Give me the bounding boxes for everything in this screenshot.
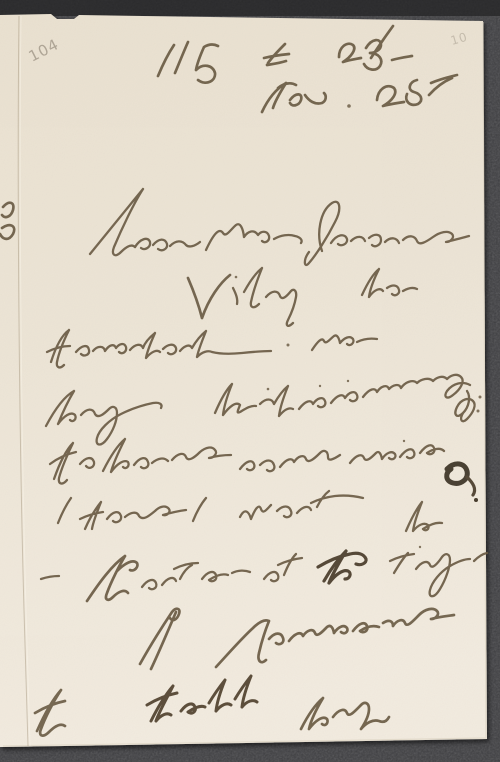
- ink-dot: [474, 498, 478, 502]
- ink-dot: [287, 344, 290, 347]
- ink-dot: [235, 276, 238, 279]
- ink-dot: [403, 440, 405, 442]
- letter-paper: [0, 0, 500, 762]
- ink-dot: [477, 410, 480, 413]
- ink-dot: [419, 546, 421, 548]
- top-dark-band: [0, 0, 500, 16]
- letter-scan: 104 10: [0, 0, 500, 762]
- ink-dot: [267, 388, 270, 391]
- ink-dot: [479, 396, 482, 399]
- letter-page-svg: 104 10: [0, 0, 500, 762]
- ink-dot: [347, 380, 349, 382]
- ink-dot: [319, 385, 321, 387]
- ink-dot: [347, 104, 351, 108]
